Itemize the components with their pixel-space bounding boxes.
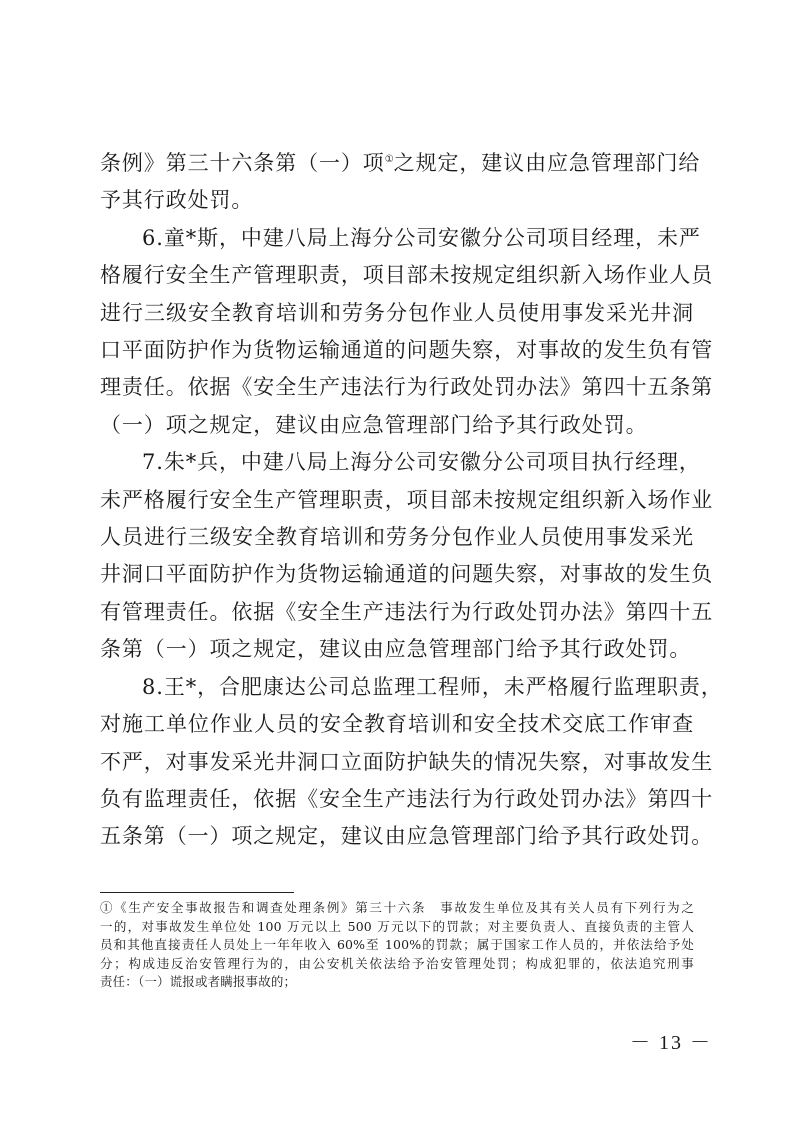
text-line: 口平面防护作为货物运输通道的问题失察，对事故的发生负有管 [100,332,694,369]
paragraph-item-7: 7.朱*兵，中建八局上海分公司安徽分公司项目执行经理， 未严格履行安全生产管理职… [100,444,694,668]
footnote-separator [100,892,294,893]
text-line: 有管理责任。依据《安全生产违法行为行政处罚办法》第四十五 [100,594,694,631]
text-line: 6.童*斯，中建八局上海分公司安徽分公司项目经理，未严 [100,220,694,257]
footnote-reference[interactable]: ① [385,154,394,165]
text-line: （一）项之规定，建议由应急管理部门给予其行政处罚。 [100,407,694,444]
text-line: 不严，对事发采光井洞口立面防护缺失的情况失察，对事故发生 [100,744,694,781]
text-line: 井洞口平面防护作为货物运输通道的问题失察，对事故的发生负 [100,556,694,593]
text-line: 条例》第三十六条第（一）项①之规定，建议由应急管理部门给 [100,145,694,182]
text-line: 未严格履行安全生产管理职责，项目部未按规定组织新入场作业 [100,482,694,519]
footnote-line: 分；构成违反治安管理行为的，由公安机关依法给予治安管理处罚；构成犯罪的，依法追究… [100,955,694,974]
footnote-line: 一的，对事故发生单位处 100 万元以上 500 万元以下的罚款；对主要负责人、… [100,918,694,937]
paragraph-continuation: 条例》第三十六条第（一）项①之规定，建议由应急管理部门给 予其行政处罚。 [100,145,694,220]
footnote-line: 责任：（一）谎报或者瞒报事故的； [100,973,694,992]
text-line: 格履行安全生产管理职责，项目部未按规定组织新入场作业人员 [100,257,694,294]
paragraph-item-6: 6.童*斯，中建八局上海分公司安徽分公司项目经理，未严 格履行安全生产管理职责，… [100,220,694,444]
text-segment: 之规定，建议由应急管理部门给 [394,151,701,175]
text-line: 条第（一）项之规定，建议由应急管理部门给予其行政处罚。 [100,631,694,668]
footnote-line: 员和其他直接责任人员处上一年年收入 60%至 100%的罚款；属于国家工作人员的… [100,936,694,955]
text-line: 负有监理责任，依据《安全生产违法行为行政处罚办法》第四十 [100,781,694,818]
document-page: 条例》第三十六条第（一）项①之规定，建议由应急管理部门给 予其行政处罚。 6.童… [0,0,793,1122]
page-number: － 13 － [630,1026,712,1055]
body-text: 条例》第三十六条第（一）项①之规定，建议由应急管理部门给 予其行政处罚。 6.童… [100,145,694,856]
text-line: 7.朱*兵，中建八局上海分公司安徽分公司项目执行经理， [100,444,694,481]
text-line: 对施工单位作业人员的安全教育培训和安全技术交底工作审查 [100,706,694,743]
text-line: 8.王*，合肥康达公司总监理工程师，未严格履行监理职责， [100,669,694,706]
text-line: 予其行政处罚。 [100,182,694,219]
footnote-line: ①《生产安全事故报告和调查处理条例》第三十六条 事故发生单位及其有关人员有下列行… [100,899,694,918]
text-line: 五条第（一）项之规定，建议由应急管理部门给予其行政处罚。 [100,818,694,855]
text-segment: 条例》第三十六条第（一）项 [100,151,385,175]
text-line: 理责任。依据《安全生产违法行为行政处罚办法》第四十五条第 [100,369,694,406]
text-line: 进行三级安全教育培训和劳务分包作业人员使用事发采光井洞 [100,295,694,332]
text-line: 人员进行三级安全教育培训和劳务分包作业人员使用事发采光 [100,519,694,556]
footnote: ①《生产安全事故报告和调查处理条例》第三十六条 事故发生单位及其有关人员有下列行… [100,899,694,992]
paragraph-item-8: 8.王*，合肥康达公司总监理工程师，未严格履行监理职责， 对施工单位作业人员的安… [100,669,694,856]
